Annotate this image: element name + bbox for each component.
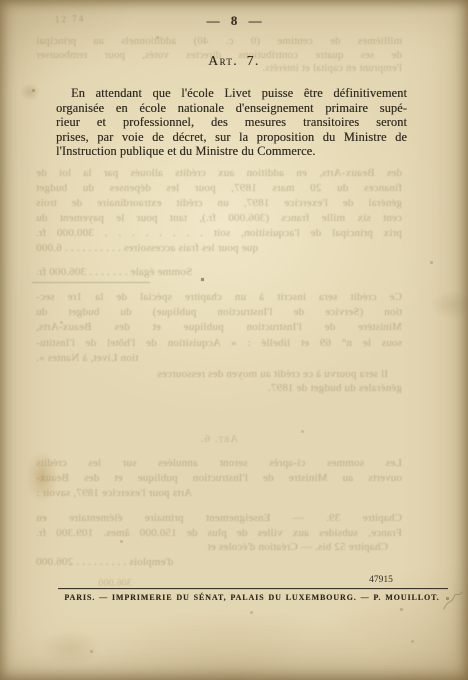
bleedthrough-line: général de l'exercice 1897, un crédit ex… [36,196,402,211]
bleedthrough-inscription-paragraph: Ce crédit sera inscrit à un chapitre spé… [36,290,402,366]
bleedthrough-somme-line: Somme égale . . . . . . . 306.000 fr. [36,265,402,283]
printer-imprint: PARIS. — IMPRIMERIE DU SÉNAT, PALAIS DU … [58,593,446,602]
bleedthrough-line: Somme égale . . . . . . . 306.000 fr. [36,265,402,280]
bleedthrough-line: Chapitre 52 bis. — Création d'écoles et [36,540,402,555]
bleedthrough-line: Art. 6. [36,432,402,447]
bleedthrough-line: tion (Service de l'Instruction publique)… [36,305,402,320]
printer-job-number: 47915 [360,575,402,585]
bleedthrough-line: cent six mille francs (306.000 fr.), tan… [36,211,402,226]
bleedthrough-line: Ministère de l'Instruction publique et d… [36,320,402,335]
bleedthrough-line: prix principal de l'acquisition, soit . … [36,226,402,241]
bleedthrough-article-heading: Art. 6. [36,432,402,447]
bleedthrough-line: finances du 20 mars 1897, pour les dépen… [36,181,402,196]
bleedthrough-chapitre-paragraph: Chapitre 39. — Enseignement primaire élé… [36,511,402,569]
bleedthrough-line: Chapitre 39. — Enseignement primaire élé… [36,511,402,526]
pencil-squiggle-mark [441,589,465,613]
bleedthrough-credit-paragraph: des Beaux-Arts, en addition aux crédits … [36,166,402,256]
bleedthrough-line: France, subsides aux villes de plus de 1… [36,526,402,541]
article-body: En attendant que l'école Livet puisse êt… [56,86,407,159]
bleedthrough-line: d'emplois . . . . . . . . . 206.000 [36,555,402,570]
bleedthrough-line: générales du budget de 1897. [36,381,402,395]
bleedthrough-line: des Beaux-Arts, en addition aux crédits … [36,166,402,181]
paper-specks [0,0,1,1]
body-line: prises, par voie de décret, sur la propo… [56,130,407,145]
bleedthrough-line: ouverts au Ministre de l'Instruction pub… [36,471,402,486]
bleedthrough-line: Les sommes ci-après seront annulées sur … [36,456,402,471]
body-line: organisée en école nationale d'enseignem… [56,101,407,116]
bleedthrough-line: Il sera pourvu à ce crédit au moyen des … [36,367,402,381]
body-line: En attendant que l'école Livet puisse êt… [56,86,407,101]
scanned-document-page: 12 74 — 8 — millièmes de centime (0 c. 4… [0,0,468,680]
bleedthrough-resources-paragraph: Il sera pourvu à ce crédit au moyen des … [36,367,402,395]
bleedthrough-line: tion Livet, à Nantes ». [36,351,402,366]
body-line: l'Instruction publique et du Ministre du… [56,144,407,159]
bleedthrough-line: millièmes de centime (0 c. 40) additionn… [36,35,402,49]
bleedthrough-underline [32,282,150,283]
bleedthrough-line: sous le n° 69 et libellé : « Acquisition… [36,336,402,351]
page-number: — 8 — [0,13,468,29]
footer-rule [58,588,448,589]
article-heading: Art. 7. [0,53,468,69]
bleedthrough-annulation-paragraph: Les sommes ci-après seront annulées sur … [36,456,402,501]
bleedthrough-line: Ce crédit sera inscrit à un chapitre spé… [36,290,402,305]
body-line: rieur et professionnel, des mesures tran… [56,115,407,130]
bleedthrough-line: Arts pour l'exercice 1897, savoir : [36,486,402,501]
bleedthrough-line: que pour les frais accessoires . . . . .… [36,241,402,256]
